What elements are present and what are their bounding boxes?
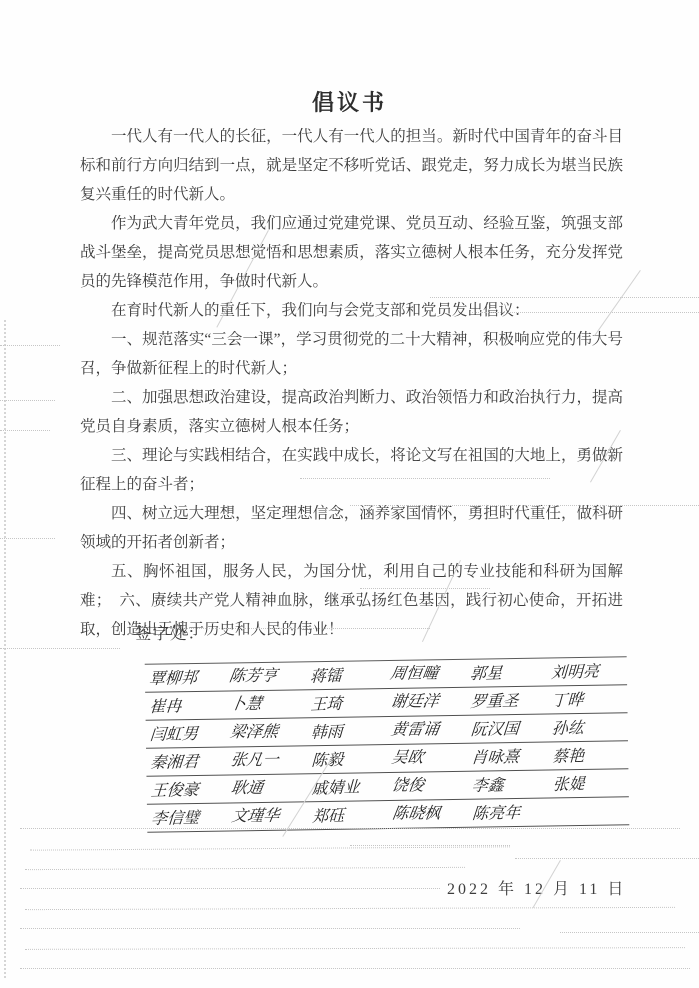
signature: 孙纮 — [547, 716, 628, 743]
scan-artifact-line — [430, 297, 699, 298]
scan-artifact-line — [170, 628, 430, 629]
proposal-item-4: 四、树立远大理想，坚定理想信念，涵养家国情怀，勇担时代重任，做科研领域的开拓者创… — [80, 499, 623, 557]
scan-artifact-line — [25, 867, 465, 870]
paragraph-lead-in: 在育时代新人的重任下，我们向与会党支部和党员发出倡议： — [80, 296, 623, 325]
scan-artifact-line — [0, 538, 55, 539]
signature: 王俊豪 — [146, 778, 228, 804]
signature: 谢廷洋 — [385, 690, 469, 714]
paragraph-intro: 一代人有一代人的长征，一代人有一代人的担当。新时代中国青年的奋斗目标和前行方向归… — [80, 122, 623, 209]
signature: 吴欧 — [386, 746, 470, 770]
scanned-document-page: 倡议书 一代人有一代人的长征，一代人有一代人的担当。新时代中国青年的奋斗目标和前… — [0, 0, 699, 988]
signature: 王琦 — [306, 691, 387, 718]
document-body: 一代人有一代人的长征，一代人有一代人的担当。新时代中国青年的奋斗目标和前行方向归… — [80, 122, 623, 644]
scan-speckle-left-edge — [4, 320, 7, 978]
scan-artifact-line — [20, 968, 690, 969]
scan-artifact-line — [0, 648, 120, 649]
scan-artifact-line — [25, 907, 675, 910]
signature: 陈亮年 — [467, 801, 549, 827]
signature: 肖咏熹 — [467, 745, 549, 771]
signature: 梁泽熊 — [225, 721, 309, 745]
document-date: 2022 年 12 月 11 日 — [447, 876, 626, 899]
signature: 李鑫 — [467, 773, 549, 799]
scan-artifact-line — [0, 345, 60, 346]
document-title: 倡议书 — [0, 86, 699, 117]
proposal-item-1: 一、规范落实“三会一课”，学习贯彻党的二十大精神，积极响应党的伟大号召，争做新征… — [80, 325, 623, 383]
scan-artifact-line — [470, 312, 699, 313]
signature: 蒋镭 — [305, 663, 386, 690]
signature: 耿通 — [225, 777, 309, 801]
scan-artifact-line — [20, 888, 440, 889]
scan-artifact-line — [350, 505, 699, 506]
signature: 蔡艳 — [547, 744, 628, 771]
signature-table: 覃柳邦 陈芳亨 蒋镭 周恒疃 郭星 刘明亮 崔冉 卜慧 王琦 谢廷洋 罗重圣 丁… — [145, 656, 630, 833]
signature: 闫虹男 — [145, 722, 227, 748]
signature: 丁晔 — [547, 688, 628, 715]
signature: 饶俊 — [386, 774, 470, 798]
scan-artifact-line — [515, 858, 699, 859]
signature: 罗重圣 — [466, 689, 548, 715]
signature: 周恒疃 — [384, 662, 468, 686]
signature — [549, 824, 629, 827]
scan-artifact-line — [25, 947, 685, 950]
signature: 郭星 — [465, 661, 547, 687]
scan-artifact-line — [20, 828, 680, 829]
signature: 陈毅 — [306, 747, 387, 774]
scan-artifact-line — [300, 478, 550, 479]
scan-artifact-line — [30, 846, 510, 850]
proposal-item-2: 二、加强思想政治建设，提高政治判断力、政治领悟力和政治执行力，提高党员自身素质，… — [80, 383, 623, 441]
signature: 陈芳亨 — [224, 665, 308, 689]
proposal-item-3: 三、理论与实践相结合，在实践中成长，将论文写在祖国的大地上，勇做新征程上的奋斗者… — [80, 441, 623, 499]
signature: 文瑾华 — [226, 805, 310, 829]
signature: 张媞 — [548, 772, 629, 799]
signature: 陈晓枫 — [386, 802, 470, 826]
scan-artifact-line — [360, 588, 490, 589]
signature: 覃柳邦 — [144, 666, 226, 692]
signature: 卜慧 — [224, 693, 308, 717]
signature: 郑砡 — [307, 803, 388, 830]
signature: 秦湘君 — [145, 750, 227, 776]
signature: 韩雨 — [306, 719, 387, 746]
scan-artifact-line — [0, 400, 55, 401]
scan-artifact-line — [560, 932, 699, 933]
signature: 张凡一 — [225, 749, 309, 773]
paragraph-context: 作为武大青年党员，我们应通过党建党课、党员互动、经验互鉴，筑强支部战斗堡垒，提高… — [80, 209, 623, 296]
signature: 崔冉 — [144, 694, 226, 720]
signature: 刘明亮 — [546, 660, 627, 687]
scan-artifact-line — [350, 845, 510, 846]
scan-artifact-line — [0, 430, 50, 431]
signature-area-label: 签字处： — [135, 620, 205, 644]
signature: 黄雷诵 — [385, 718, 469, 742]
scan-artifact-line — [20, 928, 520, 929]
signature: 阮汉国 — [466, 717, 548, 743]
